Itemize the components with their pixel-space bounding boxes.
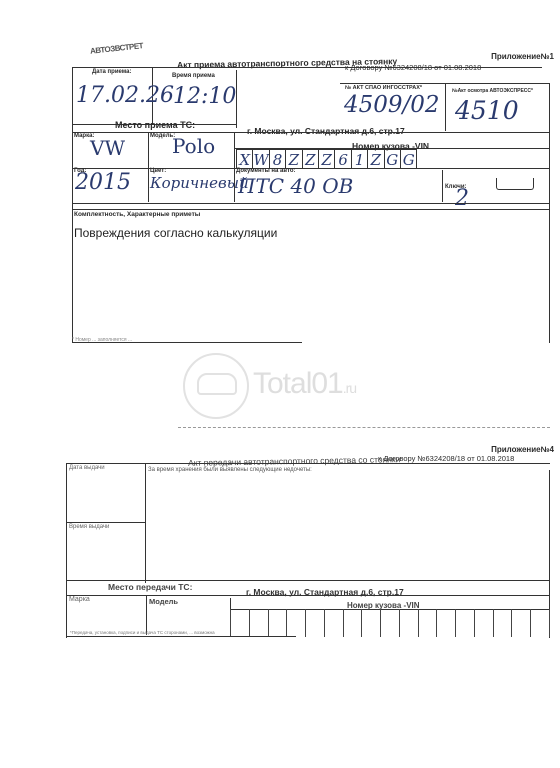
- vin-char-box: [324, 609, 325, 637]
- make-label-2: Марка: [69, 596, 90, 603]
- model-label-2: Модель: [149, 597, 178, 606]
- inspection-act-label: №Акт осмотра АВТОЭКСПРЕСС*: [452, 88, 533, 94]
- vin-char-box: [418, 609, 419, 637]
- model-value: Polo: [172, 134, 215, 158]
- vin-char-box: [305, 609, 306, 637]
- condition-label: Комплектность, Характерные приметы: [74, 211, 200, 218]
- defects-label: За время хранения были выявлены следующи…: [148, 467, 312, 473]
- release-time-label: Время выдачи: [69, 524, 109, 530]
- time-value: 12:10: [173, 84, 236, 109]
- vin-char-box: G: [384, 149, 401, 169]
- year-value: 2015: [75, 170, 131, 195]
- release-date-label: Дата выдачи: [69, 465, 105, 471]
- act-number-value: 4509/02: [344, 92, 440, 118]
- form-title-2: Акт передачи автотранспортного средства …: [188, 454, 401, 468]
- vin-char-box: Z: [302, 149, 319, 169]
- vin-char-box: [511, 609, 512, 637]
- vin-char-box: [380, 609, 381, 637]
- place-label: Место приема ТС:: [115, 120, 195, 130]
- vin-char-box: Z: [367, 149, 384, 169]
- condition-value: Повреждения согласно калькуляции: [74, 226, 277, 240]
- footnote: * Номер ... заполняется ...: [72, 337, 132, 343]
- color-value: Коричневый: [150, 174, 249, 192]
- vin-char-box: [455, 609, 456, 637]
- address: г. Москва, ул. Стандартная д.6, стр.17: [247, 126, 405, 136]
- act-number-label: № АКТ СПАО ИНГОССТРАХ*: [345, 85, 422, 91]
- keys-value: 2: [455, 186, 469, 211]
- transfer-place-label: Место передачи ТС:: [108, 582, 192, 592]
- make-value: VW: [90, 136, 125, 160]
- vin-label-2: Номер кузова -VIN: [347, 601, 420, 610]
- vin-char-box: Z: [285, 149, 302, 169]
- vin-char-box: W: [252, 149, 269, 169]
- footnote-2: *Передача, установка, подписи и выдача Т…: [70, 630, 215, 635]
- vin-char-box: [230, 609, 231, 637]
- inspection-act-value: 4510: [455, 96, 519, 125]
- vin-char-box: [436, 609, 437, 637]
- vin-char-box: G: [400, 149, 417, 169]
- vin-char-box: [286, 609, 287, 637]
- vin-char-box: [249, 609, 250, 637]
- vin-char-box: [343, 609, 344, 637]
- vin-char-box: X: [236, 149, 253, 169]
- date-value: 17.02.26: [76, 83, 174, 108]
- vin-char-box: [474, 609, 475, 637]
- appendix-label: Приложение№1: [491, 52, 554, 61]
- watermark-text: Total01.ru: [253, 367, 356, 401]
- keys-checkbox: [496, 178, 534, 190]
- car-shape-icon: [197, 373, 237, 395]
- vin-char-box: [399, 609, 400, 637]
- vin-char-box: [493, 609, 494, 637]
- vin-char-box: [268, 609, 269, 637]
- vin-char-box: 6: [334, 149, 351, 169]
- time-label: Время приема: [172, 73, 215, 79]
- vin-char-box: 1: [351, 149, 368, 169]
- vin-char-box: 8: [269, 149, 286, 169]
- vin-char-box: [361, 609, 362, 637]
- date-label: Дата приема:: [92, 69, 131, 75]
- vin-char-box: [530, 609, 531, 637]
- company-stamp: АВТОЗВСТРЕТ: [90, 41, 144, 56]
- vin-char-box: [549, 609, 550, 637]
- documents-value: ПТС 40 ОВ: [238, 174, 353, 198]
- appendix-label-2: Приложение№4: [491, 445, 554, 454]
- vin-char-box: Z: [318, 149, 335, 169]
